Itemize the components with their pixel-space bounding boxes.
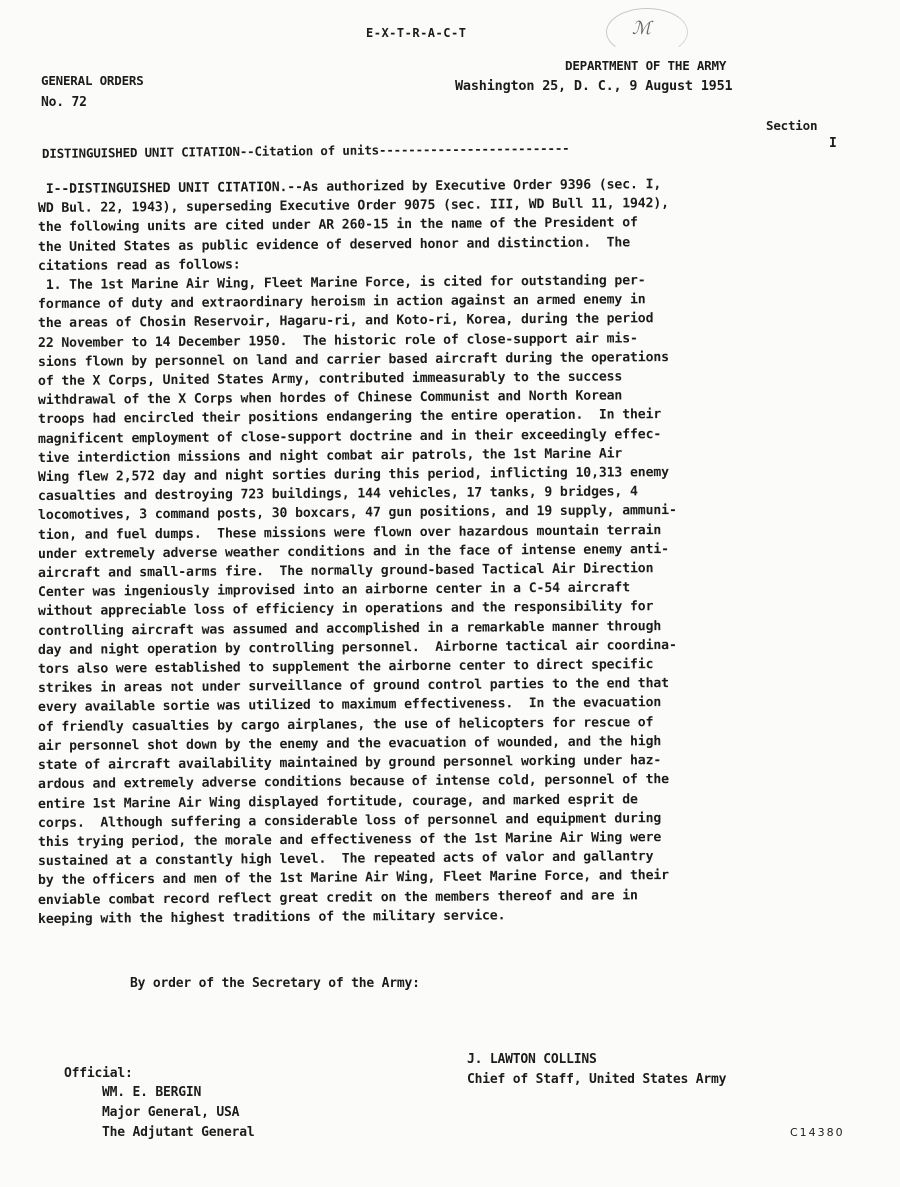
handwritten-initials: ℳ	[632, 18, 651, 39]
table-of-contents-entry: DISTINGUISHED UNIT CITATION--Citation of…	[42, 140, 570, 161]
section-label: Section	[766, 118, 817, 133]
department-name: DEPARTMENT OF THE ARMY	[565, 58, 726, 73]
place-and-date: Washington 25, D. C., 9 August 1951	[455, 78, 732, 94]
general-orders-label: GENERAL ORDERS	[41, 73, 144, 88]
official-rank: Major General, USA	[102, 1105, 239, 1120]
general-orders-number: No. 72	[41, 95, 87, 110]
official-name: WM. E. BERGIN	[102, 1085, 201, 1100]
official-title: The Adjutant General	[102, 1125, 255, 1140]
signer-name: J. LAWTON COLLINS	[467, 1052, 597, 1067]
extract-heading: E-X-T-R-A-C-T	[366, 26, 466, 40]
official-label: Official:	[64, 1066, 133, 1081]
by-order-line: By order of the Secretary of the Army:	[130, 976, 420, 991]
citation-body: I--DISTINGUISHED UNIT CITATION.--As auth…	[38, 180, 868, 929]
signer-title: Chief of Staff, United States Army	[467, 1072, 726, 1087]
document-code: C14380	[790, 1126, 845, 1139]
section-number: I	[829, 136, 837, 151]
